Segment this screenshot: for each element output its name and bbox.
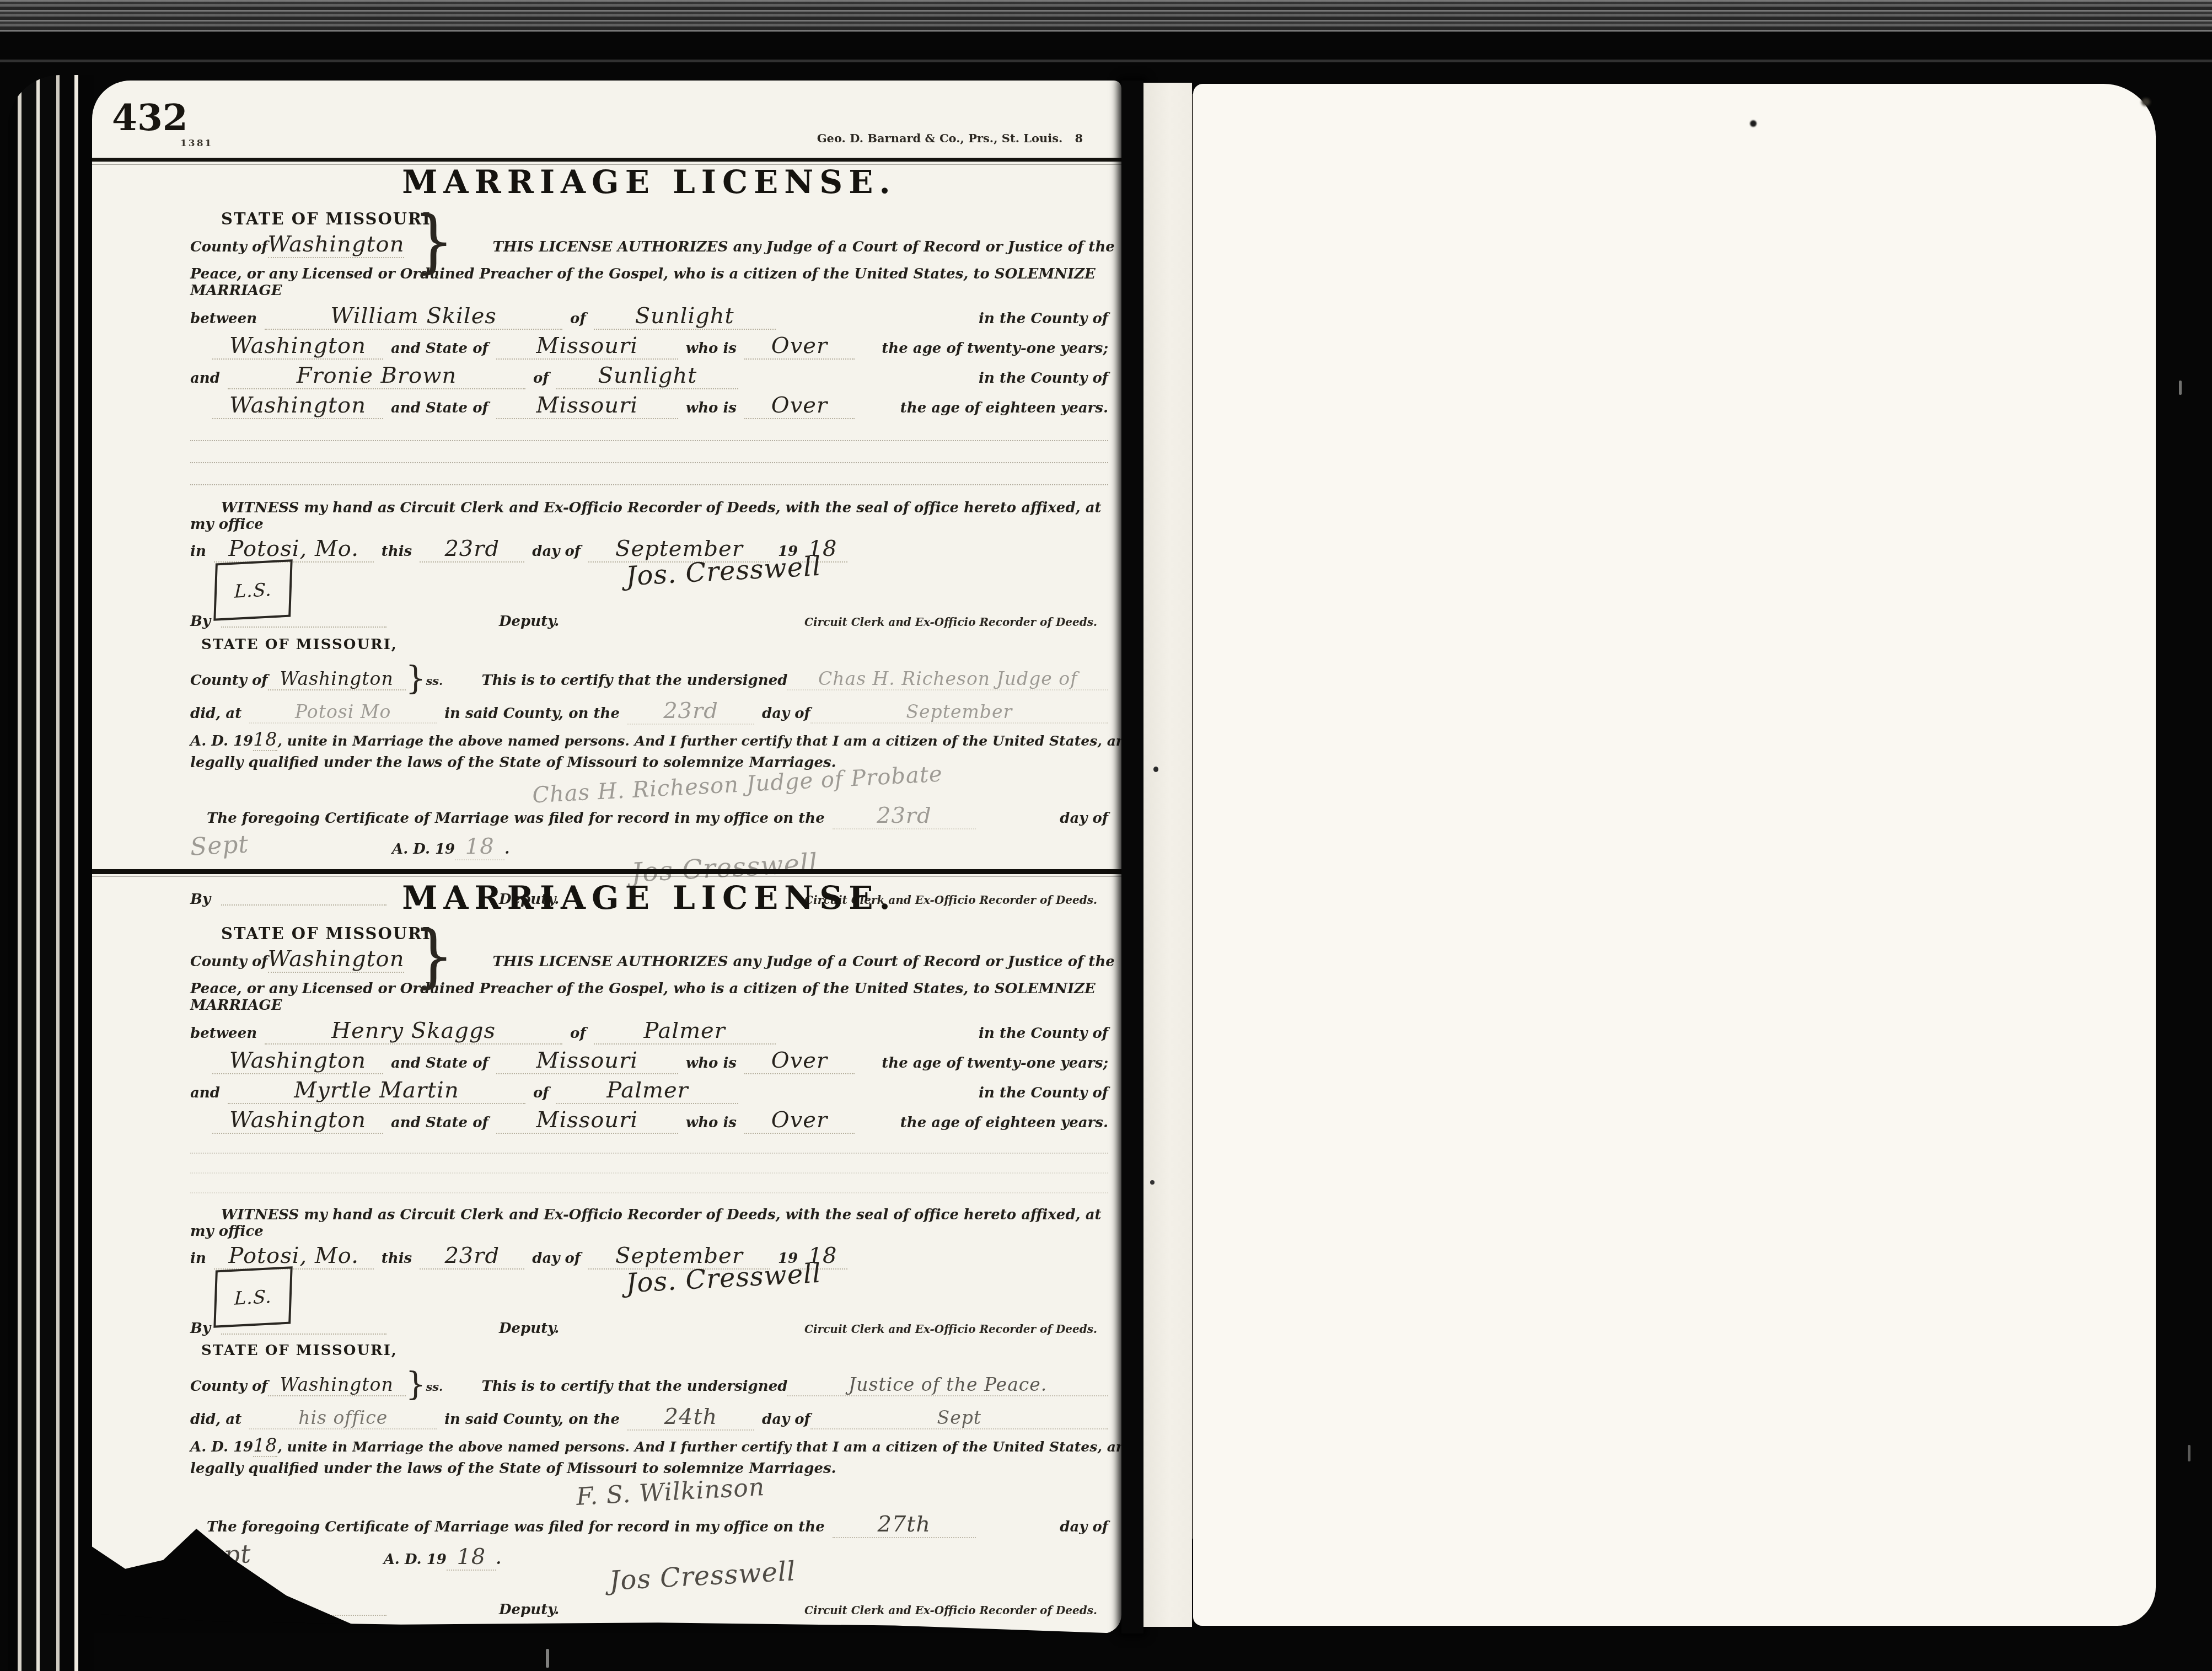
day-of-label: day of — [762, 705, 810, 722]
day-of-label: day of — [762, 1411, 810, 1428]
solemn-month-entry: Sept — [810, 1407, 1108, 1429]
bride-age-entry: Over — [744, 393, 855, 419]
bride-age-entry: Over — [744, 1107, 855, 1134]
groom-state-entry: Missouri — [496, 333, 678, 360]
book-gutter — [1121, 81, 1143, 1633]
of-label: of — [533, 1085, 549, 1101]
county-of-label: County of — [190, 672, 268, 689]
bride-county-entry: Washington — [212, 393, 383, 419]
blank-ruled-line — [190, 1172, 1108, 1174]
by-blank-line — [221, 626, 386, 628]
unite-text: , unite in Marriage the above named pers… — [277, 733, 1135, 749]
county-of-label: County of — [190, 1378, 268, 1395]
did-at-label: did, at — [190, 705, 241, 722]
brace-glyph: } — [406, 660, 426, 697]
filed-year-entry: 18 — [447, 1544, 496, 1571]
in-label: in — [190, 543, 206, 560]
bride-row: and Fronie Brown of Sunlight in the Coun… — [190, 363, 1108, 389]
state-line: STATE OF MISSOURI, — [221, 210, 1108, 228]
groom-row: between William Skiles of Sunlight in th… — [190, 303, 1108, 330]
legally-line: legally qualified under the laws of the … — [190, 1460, 1108, 1477]
age18-label: the age of eighteen years. — [900, 400, 1108, 416]
marriage-license-form-1: MARRIAGE LICENSE. STATE OF MISSOURI, } C… — [190, 163, 1108, 911]
blank-ruled-line — [190, 462, 1108, 463]
state-line: STATE OF MISSOURI, — [221, 924, 1108, 943]
bride-place-entry: Sunlight — [556, 363, 738, 389]
blank-ruled-line — [190, 484, 1108, 485]
witness-line: WITNESS my hand as Circuit Clerk and Ex-… — [190, 1207, 1108, 1240]
filed-day-entry: 23rd — [833, 803, 976, 829]
cert-county-row: County of Washington } ss. This is to ce… — [190, 1361, 1108, 1399]
county-of-label: County of — [190, 954, 268, 970]
day-of-label: day of — [532, 543, 581, 560]
by-label: By — [190, 613, 211, 630]
bride-county-entry: Washington — [212, 1107, 383, 1134]
who-is-label: who is — [686, 1055, 737, 1072]
in-county-label: in the County of — [979, 1085, 1108, 1101]
bride-county-row: Washington and State of Missouri who is … — [190, 1107, 1108, 1134]
day-of-label: day of — [1060, 1519, 1108, 1535]
unite-row: A. D. 19 18 , unite in Marriage the abov… — [190, 1435, 1108, 1457]
period: . — [504, 841, 509, 858]
ink-speck — [1153, 767, 1158, 772]
solemn-day-entry: 23rd — [627, 698, 754, 725]
in-said-county-label: in said County, on the — [444, 705, 620, 722]
solemn-day-entry: 24th — [627, 1404, 754, 1431]
foregoing-label: The foregoing Certificate of Marriage wa… — [190, 1519, 825, 1535]
ink-speck — [2141, 98, 2150, 106]
period: . — [496, 1551, 501, 1568]
blank-ruled-line — [190, 1192, 1108, 1193]
ad-prefix: A. D. 19 — [384, 1551, 447, 1568]
groom-name-entry: Henry Skaggs — [265, 1018, 562, 1045]
county-entry: Washington — [268, 232, 405, 258]
certify-label: This is to certify that the undersigned — [481, 1378, 787, 1395]
peace-line: Peace, or any Licensed or Ordained Preac… — [190, 981, 1108, 1014]
between-label: between — [190, 310, 257, 327]
form-title: MARRIAGE LICENSE. — [190, 163, 1108, 201]
and-state-label: and State of — [391, 340, 488, 357]
of-label: of — [533, 370, 549, 387]
solemn-place-entry: Potosi Mo — [249, 701, 437, 724]
this-label: this — [382, 1250, 412, 1267]
groom-county-row: Washington and State of Missouri who is … — [190, 333, 1108, 360]
scanner-streak-band — [0, 0, 2212, 32]
right-blank-page — [1193, 84, 2156, 1626]
deputy-label: Deputy. — [499, 1320, 559, 1337]
authorizes-line: THIS LICENSE AUTHORIZES any Judge of a C… — [492, 239, 1114, 255]
deputy-label: Deputy. — [499, 1602, 559, 1618]
seal-initials: L.S. — [234, 579, 272, 602]
page-number: 432 — [112, 96, 188, 139]
certify-label: This is to certify that the undersigned — [481, 672, 787, 689]
witness-line: WITNESS my hand as Circuit Clerk and Ex-… — [190, 500, 1108, 533]
blank-ruled-line — [190, 1153, 1108, 1154]
officiant-entry: Chas H. Richeson Judge of — [787, 668, 1108, 690]
in-said-county-label: in said County, on the — [444, 1411, 620, 1428]
clerk-title: Circuit Clerk and Ex-Officio Recorder of… — [804, 1604, 1097, 1617]
groom-county-entry: Washington — [212, 1048, 383, 1074]
bride-name-entry: Myrtle Martin — [228, 1078, 525, 1104]
did-at-label: did, at — [190, 1411, 241, 1428]
ink-speck — [1750, 120, 1757, 127]
brace-glyph: } — [413, 916, 454, 996]
groom-place-entry: Sunlight — [594, 303, 776, 330]
right-page-inner-margin — [1143, 83, 1192, 1627]
clerk-title: Circuit Clerk and Ex-Officio Recorder of… — [804, 1322, 1097, 1336]
brace-glyph: } — [406, 1365, 426, 1403]
and-state-label: and State of — [391, 1055, 488, 1072]
witness-date-row: in Potosi, Mo. this 23rd day of Septembe… — [190, 536, 1108, 563]
ad-prefix: A. D. 19 — [392, 841, 455, 858]
printer-credit: Geo. D. Barnard & Co., Prs., St. Louis. … — [817, 131, 1083, 145]
who-is-label: who is — [686, 400, 737, 416]
of-label: of — [570, 1025, 586, 1042]
seal-initials: L.S. — [234, 1286, 272, 1309]
unite-text: , unite in Marriage the above named pers… — [277, 1439, 1135, 1455]
filed-row: The foregoing Certificate of Marriage wa… — [190, 1512, 1108, 1538]
cert-year-entry: 18 — [253, 729, 277, 751]
bride-state-entry: Missouri — [496, 393, 678, 419]
form-stock-number: 1381 — [180, 138, 213, 149]
filed-row: The foregoing Certificate of Marriage wa… — [190, 803, 1108, 829]
filed-year-entry: 18 — [455, 834, 504, 860]
of-label: of — [570, 310, 586, 327]
cert-state-line: STATE OF MISSOURI, — [201, 636, 1108, 653]
ss-label: ss. — [426, 1380, 443, 1394]
in-county-label: in the County of — [979, 370, 1108, 387]
day-of-label: day of — [1060, 810, 1108, 827]
scanner-streak-line — [0, 60, 2212, 62]
cert-state-line: STATE OF MISSOURI, — [201, 1342, 1108, 1359]
officiant-signature-row: F. S. Wilkinson — [576, 1478, 1108, 1506]
filed-day-entry: 27th — [833, 1512, 976, 1538]
unite-row: A. D. 19 18 , unite in Marriage the abov… — [190, 729, 1108, 751]
county-entry: Washington — [268, 946, 405, 973]
in-county-label: in the County of — [979, 1025, 1108, 1042]
scanned-register-page: 432 1381 Geo. D. Barnard & Co., Prs., St… — [0, 0, 2212, 1671]
book-page-edges — [8, 75, 94, 1671]
and-label: and — [190, 370, 220, 387]
witness-place-entry: Potosi, Mo. — [214, 536, 374, 563]
cert-county-entry: Washington — [268, 668, 406, 690]
this-label: this — [382, 543, 412, 560]
bride-place-entry: Palmer — [556, 1078, 738, 1104]
witness-day-entry: 23rd — [420, 536, 524, 563]
peace-line: Peace, or any Licensed or Ordained Preac… — [190, 266, 1108, 299]
scan-scratch — [2179, 381, 2182, 395]
foregoing-label: The foregoing Certificate of Marriage wa… — [190, 810, 825, 827]
age21-label: the age of twenty-one years; — [882, 340, 1108, 357]
scan-scratch — [2188, 1445, 2190, 1461]
groom-place-entry: Palmer — [594, 1018, 776, 1045]
notarial-seal-box: L.S. — [213, 1266, 292, 1328]
by-label: By — [190, 1320, 211, 1337]
witness-place-entry: Potosi, Mo. — [214, 1243, 374, 1270]
groom-age-entry: Over — [744, 1048, 855, 1074]
ink-speck — [1150, 1180, 1155, 1185]
groom-age-entry: Over — [744, 333, 855, 360]
in-label: in — [190, 1250, 206, 1267]
brace-glyph: } — [413, 201, 454, 281]
who-is-label: who is — [686, 1115, 737, 1131]
legally-line: legally qualified under the laws of the … — [190, 754, 1108, 771]
ad-prefix: A. D. 19 — [190, 733, 253, 749]
bride-state-entry: Missouri — [496, 1107, 678, 1134]
deputy-label: Deputy. — [499, 613, 559, 630]
and-state-label: and State of — [391, 400, 488, 416]
in-county-label: in the County of — [979, 310, 1108, 327]
solemnize-row: did, at his office in said County, on th… — [190, 1404, 1108, 1431]
officiant-signature-row: Chas H. Richeson Judge of Probate — [532, 772, 1108, 797]
between-label: between — [190, 1025, 257, 1042]
day-of-label: day of — [532, 1250, 581, 1267]
officiant-signature: F. S. Wilkinson — [576, 1473, 765, 1511]
blank-ruled-line — [190, 440, 1108, 441]
and-label: and — [190, 1085, 220, 1101]
who-is-label: who is — [686, 340, 737, 357]
groom-row: between Henry Skaggs of Palmer in the Co… — [190, 1018, 1108, 1045]
clerk-title: Circuit Clerk and Ex-Officio Recorder of… — [804, 615, 1097, 629]
by-blank-line — [221, 1333, 386, 1335]
notarial-seal-box: L.S. — [213, 559, 292, 621]
cert-year-entry: 18 — [253, 1435, 277, 1457]
solemnize-row: did, at Potosi Mo in said County, on the… — [190, 698, 1108, 725]
form-title: MARRIAGE LICENSE. — [190, 879, 1108, 917]
seal-signature-block: L.S. By Deputy. Jos. Cresswell Circuit C… — [190, 1272, 1108, 1337]
solemn-place-entry: his office — [249, 1407, 437, 1429]
and-state-label: and State of — [391, 1115, 488, 1131]
marriage-license-form-2: MARRIAGE LICENSE. STATE OF MISSOURI, } C… — [190, 879, 1108, 1621]
form-divider-rule — [92, 869, 1121, 877]
filed-month-entry: Sept — [190, 830, 250, 861]
age21-label: the age of twenty-one years; — [882, 1055, 1108, 1072]
witness-date-row: in Potosi, Mo. this 23rd day of Septembe… — [190, 1243, 1108, 1270]
groom-county-row: Washington and State of Missouri who is … — [190, 1048, 1108, 1074]
county-of-label: County of — [190, 239, 268, 255]
cert-county-entry: Washington — [268, 1374, 406, 1396]
county-row: } County of Washington THIS LICENSE AUTH… — [190, 232, 1108, 258]
ss-label: ss. — [426, 674, 443, 688]
bride-row: and Myrtle Martin of Palmer in the Count… — [190, 1078, 1108, 1104]
authorizes-line: THIS LICENSE AUTHORIZES any Judge of a C… — [492, 954, 1114, 970]
scan-scratch — [546, 1649, 549, 1668]
ad-prefix: A. D. 19 — [190, 1439, 253, 1455]
bride-name-entry: Fronie Brown — [228, 363, 525, 389]
county-row: } County of Washington THIS LICENSE AUTH… — [190, 946, 1108, 973]
groom-name-entry: William Skiles — [265, 303, 562, 330]
groom-state-entry: Missouri — [496, 1048, 678, 1074]
bride-county-row: Washington and State of Missouri who is … — [190, 393, 1108, 419]
solemn-month-entry: September — [810, 701, 1108, 724]
left-page: 432 1381 Geo. D. Barnard & Co., Prs., St… — [92, 81, 1121, 1633]
officiant-entry: Justice of the Peace. — [787, 1374, 1108, 1396]
seal-signature-block: L.S. By Deputy. Jos. Cresswell Circuit C… — [190, 565, 1108, 630]
witness-day-entry: 23rd — [420, 1243, 524, 1270]
age18-label: the age of eighteen years. — [900, 1115, 1108, 1131]
groom-county-entry: Washington — [212, 333, 383, 360]
cert-county-row: County of Washington } ss. This is to ce… — [190, 655, 1108, 693]
